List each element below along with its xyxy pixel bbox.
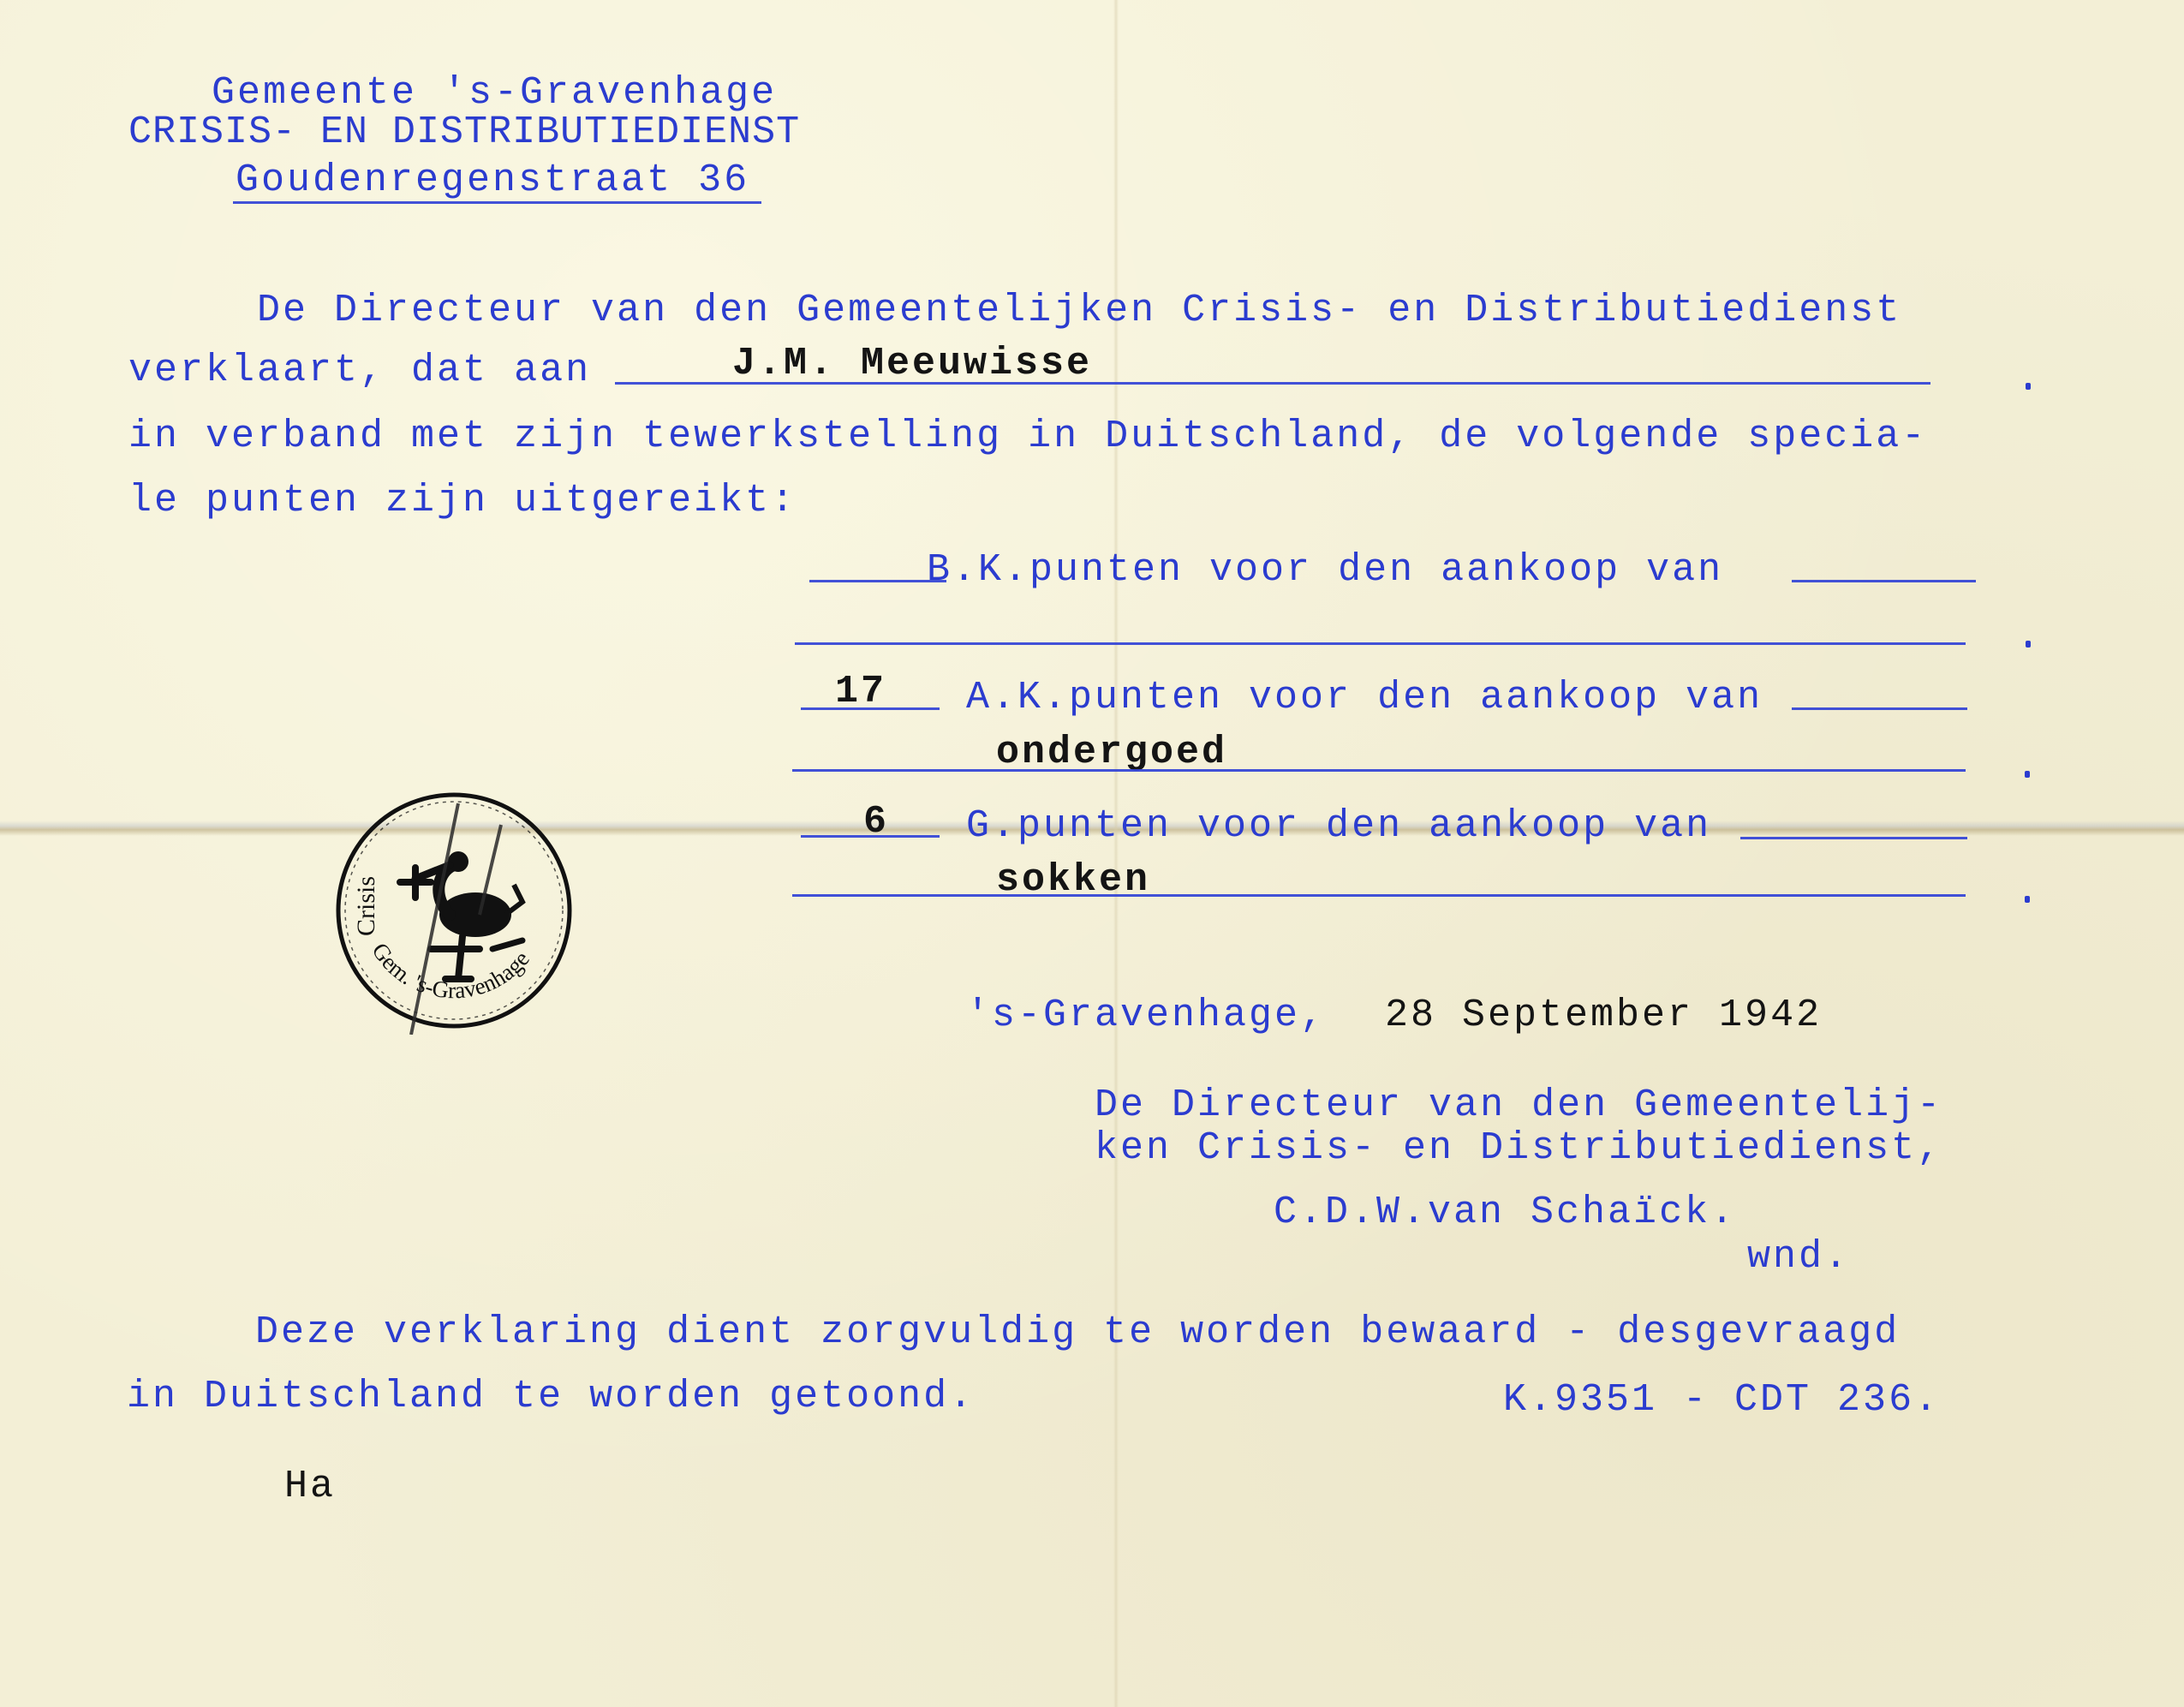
g-count-line [801,835,940,838]
letterhead-address-underline [233,201,761,204]
stork-emblem-icon: Crisis Gem. 's-Gravenhage [330,786,578,1035]
footer-note-line-2: in Duitschland te worden getoond. [127,1377,975,1416]
ak-count: 17 [835,672,886,711]
bk-label: B.K.punten voor den aankoop van [927,551,1723,589]
paper-fold-vertical [1113,0,1119,1707]
body-line-2-prefix: verklaart, dat aan [128,351,591,390]
ak-item-line [792,769,1966,772]
signature-title-line-2: ken Crisis- en Distributiedienst, [1095,1129,1942,1167]
signature-title-line-1: De Directeur van den Gemeentelij- [1095,1086,1942,1125]
body-line-1: De Directeur van den Gemeentelijken Cris… [257,291,1901,330]
letterhead-department: CRISIS- EN DISTRIBUTIEDIENST [128,113,800,152]
ak-count-line [801,707,940,710]
g-item-line-short [1740,837,1967,839]
ak-label: A.K.punten voor den aankoop van [966,678,1763,717]
g-label: G.punten voor den aankoop van [966,807,1711,845]
bk-count-line [809,580,946,582]
typist-initials: Ha [284,1467,336,1506]
body-line-3: in verband met zijn tewerkstelling in Du… [128,417,1927,456]
g-item-line [792,894,1966,897]
ak-item: ondergoed [996,733,1227,772]
place: 's-Gravenhage, [966,996,1326,1035]
bk-item-line [795,642,1966,645]
margin-dot [2025,771,2030,778]
recipient-name: J.M. Meeuwisse [732,344,1092,383]
date: 28 September 1942 [1385,996,1822,1035]
form-reference: K.9351 - CDT 236. [1503,1381,1940,1419]
bk-item-line-short [1792,580,1976,582]
body-line-4: le punten zijn uitgereikt: [128,481,797,520]
official-stamp: Crisis Gem. 's-Gravenhage [330,786,578,1035]
signatory-suffix: wnd. [1747,1238,1850,1276]
margin-dot [2026,641,2031,648]
letterhead-municipality: Gemeente 's-Gravenhage [212,74,777,112]
signatory-name: C.D.W.van Schaïck. [1274,1193,1736,1232]
ak-item-line-short [1792,707,1967,710]
margin-dot [2026,383,2031,390]
stamp-text-crisis: Crisis [352,876,380,936]
letterhead-address: Goudenregenstraat 36 [236,161,749,200]
margin-dot [2025,896,2030,903]
footer-note-line-1: Deze verklaring dient zorgvuldig te word… [255,1313,1900,1352]
recipient-name-line [615,382,1930,385]
